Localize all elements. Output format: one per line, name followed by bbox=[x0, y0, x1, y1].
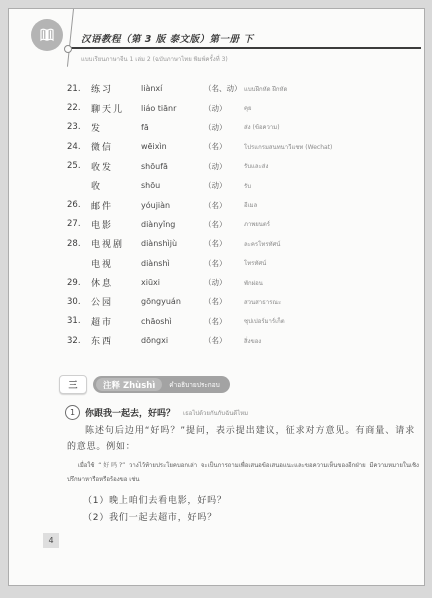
vocab-row: 28. 电视剧 diànshìjù （名） ละครโทรทัศน์ bbox=[9, 234, 424, 253]
vocab-row: 24. 微信 wēixìn （名） โปรแกรมสนทนาวีแชท (Wec… bbox=[9, 137, 424, 156]
vocab-number: 26. bbox=[67, 200, 91, 210]
vocab-thai: โทรทัศน์ bbox=[244, 258, 266, 268]
vocab-thai: สวนสาธารณะ bbox=[244, 297, 281, 307]
vocab-hanzi: 发 bbox=[91, 121, 141, 134]
vocab-thai: ภาพยนตร์ bbox=[244, 219, 270, 229]
vocab-pos: （名） bbox=[204, 219, 244, 230]
vocab-pinyin: xiūxi bbox=[141, 278, 204, 287]
note-explanation-chinese: 陈述句后边用“好吗？”提问，表示提出建议，征求对方意见。有商量、请求的意思。例如… bbox=[67, 423, 415, 455]
vocab-pos: （动） bbox=[204, 277, 244, 288]
vocab-hanzi: 练习 bbox=[91, 82, 141, 95]
vocab-pinyin: shōu bbox=[141, 181, 204, 190]
book-logo-icon bbox=[31, 19, 63, 51]
vocab-hanzi: 超市 bbox=[91, 315, 141, 328]
vocab-row-subentry: 电视 diànshì （名） โทรทัศน์ bbox=[9, 254, 424, 273]
vocab-number: 24. bbox=[67, 142, 91, 152]
vocab-number: 23. bbox=[67, 122, 91, 132]
vocab-row: 31. 超市 chāoshì （名） ซุปเปอร์มาร์เก็ต bbox=[9, 312, 424, 331]
vocab-number: 31. bbox=[67, 316, 91, 326]
vocab-pos: （动） bbox=[204, 161, 244, 172]
vocab-hanzi: 邮件 bbox=[91, 199, 141, 212]
vocab-pinyin: chāoshì bbox=[141, 317, 204, 326]
vocab-pos: （名） bbox=[204, 296, 244, 307]
section-number-box: 三 bbox=[59, 375, 87, 394]
vocab-number: 32. bbox=[67, 336, 91, 346]
vocab-pinyin: liànxí bbox=[141, 84, 204, 93]
vocab-number: 29. bbox=[67, 278, 91, 288]
vocab-thai: โปรแกรมสนทนาวีแชท (Wechat) bbox=[244, 142, 332, 152]
vocab-number: 28. bbox=[67, 239, 91, 249]
vocab-thai: อีเมล bbox=[244, 200, 257, 210]
vocab-pos: （动） bbox=[204, 122, 244, 133]
vocab-pinyin: dōngxi bbox=[141, 336, 204, 345]
vocab-pos: （名） bbox=[204, 238, 244, 249]
vocab-row: 21. 练习 liànxí （名、动） แบบฝึกหัด ฝึกหัด bbox=[9, 79, 424, 98]
notes-section-header: 三 注释 Zhùshì คำอธิบายประกอบ bbox=[59, 375, 230, 394]
vocab-thai: สิ่งของ bbox=[244, 336, 261, 346]
vocab-hanzi: 休息 bbox=[91, 276, 141, 289]
section-title-chinese: 注释 Zhùshì bbox=[96, 378, 162, 391]
vocab-number: 30. bbox=[67, 297, 91, 307]
vocab-pinyin: gōngyuán bbox=[141, 297, 204, 306]
vocab-pos: （名） bbox=[204, 335, 244, 346]
vocab-row: 30. 公园 gōngyuán （名） สวนสาธารณะ bbox=[9, 292, 424, 311]
vocab-number: 21. bbox=[67, 84, 91, 94]
vocab-pos: （名、动） bbox=[204, 83, 244, 94]
book-logo-glyph bbox=[38, 26, 56, 44]
vocab-list: 21. 练习 liànxí （名、动） แบบฝึกหัด ฝึกหัด 22.… bbox=[9, 79, 424, 350]
vocab-hanzi: 电视 bbox=[91, 257, 141, 270]
vocab-pinyin: yóujiàn bbox=[141, 201, 204, 210]
vocab-number: 22. bbox=[67, 103, 91, 113]
note-explanation-thai: เมื่อใช้ “好吗?” วางไว้ท้ายประโยคบอกเล่า จ… bbox=[67, 459, 419, 487]
vocab-pinyin: diànyǐng bbox=[141, 220, 204, 229]
section-title-thai: คำอธิบายประกอบ bbox=[169, 380, 220, 390]
vocab-hanzi: 微信 bbox=[91, 140, 141, 153]
vocab-row: 29. 休息 xiūxi （动） พักผ่อน bbox=[9, 273, 424, 292]
page-number: 4 bbox=[43, 533, 59, 548]
note-examples: （1）晚上咱们去看电影，好吗？ （2）我们一起去超市，好吗？ bbox=[83, 493, 227, 526]
vocab-row: 27. 电影 diànyǐng （名） ภาพยนตร์ bbox=[9, 215, 424, 234]
vocab-row: 23. 发 fā （动） ส่ง (ข้อความ) bbox=[9, 118, 424, 137]
vocab-thai: ส่ง (ข้อความ) bbox=[244, 122, 280, 132]
vocab-thai: พักผ่อน bbox=[244, 278, 263, 288]
vocab-row: 25. 收发 shōufā （动） รับและส่ง bbox=[9, 157, 424, 176]
vocab-hanzi: 聊天儿 bbox=[91, 102, 141, 115]
vocab-pos: （动） bbox=[204, 103, 244, 114]
vocab-pos: （名） bbox=[204, 316, 244, 327]
vocab-hanzi: 公园 bbox=[91, 295, 141, 308]
book-page: 汉语教程（第 3 版 泰文版）第一册 下 แบบเรียนภาษาจีน 1 เ… bbox=[8, 8, 425, 586]
vocab-pinyin: diànshì bbox=[141, 259, 204, 268]
vocab-thai: ซุปเปอร์มาร์เก็ต bbox=[244, 316, 285, 326]
vocab-thai: รับ bbox=[244, 181, 251, 191]
header-rule-dot bbox=[64, 45, 72, 53]
example-sentence: （1）晚上咱们去看电影，好吗？ bbox=[83, 493, 227, 510]
vocab-pos: （名） bbox=[204, 200, 244, 211]
vocab-hanzi: 收 bbox=[91, 179, 141, 192]
vocab-row: 32. 东西 dōngxi （名） สิ่งของ bbox=[9, 331, 424, 350]
example-sentence: （2）我们一起去超市，好吗？ bbox=[83, 510, 227, 527]
note-number-circle: 1 bbox=[65, 405, 80, 420]
vocab-row-subentry: 收 shōu （动） รับ bbox=[9, 176, 424, 195]
vocab-pinyin: diànshìjù bbox=[141, 239, 204, 248]
vocab-number: 25. bbox=[67, 161, 91, 171]
vocab-pinyin: liáo tiānr bbox=[141, 104, 204, 113]
vocab-hanzi: 电影 bbox=[91, 218, 141, 231]
vocab-thai: ละครโทรทัศน์ bbox=[244, 239, 280, 249]
note-title-thai: เธอไปด้วยกันกับฉันดีไหม bbox=[183, 408, 248, 418]
section-title-badge: 注释 Zhùshì คำอธิบายประกอบ bbox=[93, 376, 230, 393]
header-rule bbox=[69, 47, 421, 49]
vocab-hanzi: 电视剧 bbox=[91, 237, 141, 250]
header-slant-divider bbox=[67, 9, 74, 67]
vocab-pos: （名） bbox=[204, 258, 244, 269]
vocab-pos: （动） bbox=[204, 180, 244, 191]
vocab-pos: （名） bbox=[204, 141, 244, 152]
vocab-thai: คุย bbox=[244, 103, 252, 113]
vocab-thai: รับและส่ง bbox=[244, 161, 268, 171]
vocab-pinyin: shōufā bbox=[141, 162, 204, 171]
vocab-pinyin: wēixìn bbox=[141, 142, 204, 151]
vocab-number: 27. bbox=[67, 219, 91, 229]
vocab-thai: แบบฝึกหัด ฝึกหัด bbox=[244, 84, 287, 94]
book-title: 汉语教程（第 3 版 泰文版）第一册 下 bbox=[81, 31, 253, 45]
vocab-row: 26. 邮件 yóujiàn （名） อีเมล bbox=[9, 195, 424, 214]
book-subtitle-thai: แบบเรียนภาษาจีน 1 เล่ม 2 (ฉบับภาษาไทย พิ… bbox=[81, 54, 228, 64]
vocab-hanzi: 东西 bbox=[91, 334, 141, 347]
vocab-hanzi: 收发 bbox=[91, 160, 141, 173]
vocab-pinyin: fā bbox=[141, 123, 204, 132]
note-title-chinese: 你跟我一起去，好吗？ bbox=[85, 406, 175, 419]
note-1-heading: 1 你跟我一起去，好吗？ เธอไปด้วยกันกับฉันดีไหม bbox=[65, 405, 248, 420]
vocab-row: 22. 聊天儿 liáo tiānr （动） คุย bbox=[9, 98, 424, 117]
